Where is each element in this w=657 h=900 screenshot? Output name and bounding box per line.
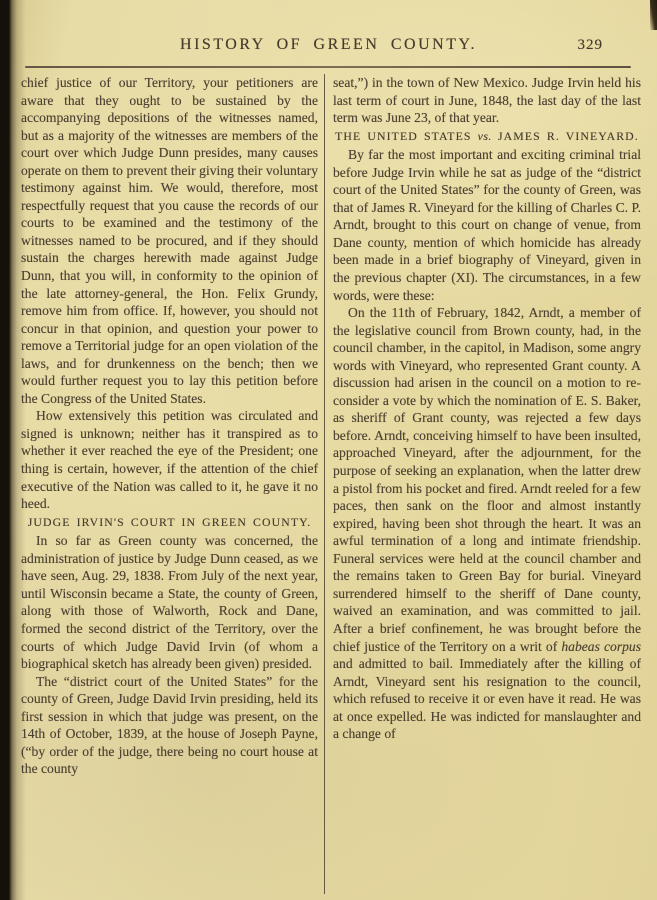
section-heading: JUDGE IRVIN'S COURT IN GREEN COUNTY. (21, 514, 318, 532)
paragraph: By far the most important and exciting c… (333, 146, 641, 304)
paragraph: seat,”) in the town of New Mexico. Judge… (333, 74, 641, 127)
text-run: How extensively this petition was circul… (21, 408, 318, 511)
text-run: The “district court of the United States… (21, 674, 318, 777)
text-run: JAMES R. VINEYARD. (492, 129, 639, 143)
paragraph: In so far as Green county was concerned,… (21, 532, 318, 672)
italic-text-run: habeas corpus (561, 639, 641, 654)
text-run: In so far as Green county was concerned,… (21, 533, 318, 671)
text-columns: chief justice of our Territory, your pet… (21, 74, 641, 894)
text-run: THE UNITED STATES (335, 129, 477, 143)
text-run: and admitted to bail. Immediately after … (333, 656, 641, 741)
running-title: HISTORY OF GREEN COUNTY. (40, 36, 617, 54)
paragraph: chief justice of our Territory, your pet… (21, 74, 318, 407)
header-rule (25, 66, 631, 68)
page-header: HISTORY OF GREEN COUNTY. 329 (40, 36, 617, 58)
text-run: seat,”) in the town of New Mexico. Judge… (333, 75, 641, 125)
paragraph: On the 11th of February, 1842, Arndt, a … (333, 304, 641, 743)
book-page: HISTORY OF GREEN COUNTY. 329 chief justi… (0, 0, 657, 900)
page-number: 329 (578, 37, 604, 54)
text-run: By far the most important and exciting c… (333, 147, 641, 302)
column-left: chief justice of our Territory, your pet… (21, 74, 324, 894)
italic-text-run: vs. (478, 129, 492, 143)
text-run: On the 11th of February, 1842, Arndt, a … (333, 305, 641, 653)
text-run: chief justice of our Territory, your pet… (21, 75, 318, 406)
text-run: JUDGE IRVIN'S COURT IN GREEN COUNTY. (28, 515, 312, 529)
paragraph: How extensively this petition was circul… (21, 407, 318, 512)
page-corner-mark (650, 0, 657, 30)
column-right: seat,”) in the town of New Mexico. Judge… (324, 74, 641, 894)
section-heading: THE UNITED STATES vs. JAMES R. VINEYARD. (333, 128, 641, 146)
paragraph: The “district court of the United States… (21, 673, 318, 778)
